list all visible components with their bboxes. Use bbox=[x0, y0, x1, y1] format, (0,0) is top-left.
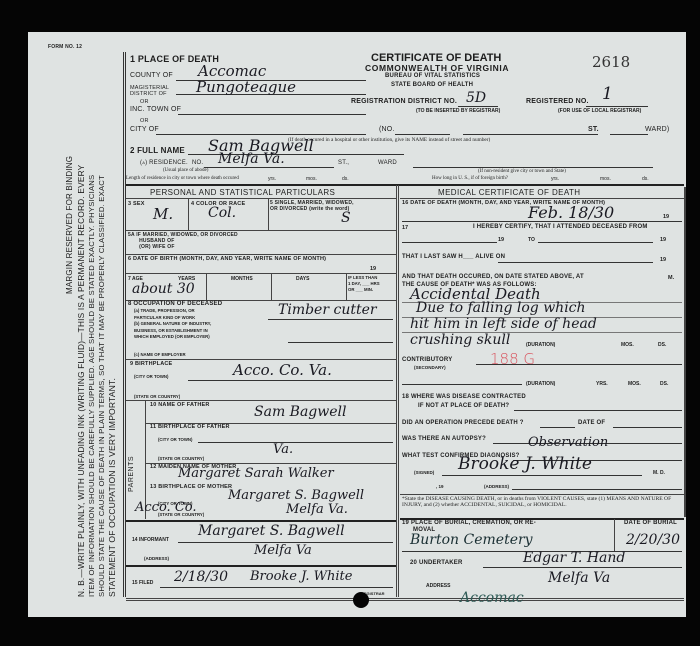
burial-place-value: Burton Cemetery bbox=[410, 532, 533, 548]
registered-no-label: REGISTERED NO. bbox=[526, 98, 589, 105]
cause-line-2: Due to falling log which bbox=[416, 300, 586, 316]
mother-birthplace-extra-2: Melfa Va. bbox=[286, 502, 348, 517]
foreign-birth-label: How long in U. S., if of foreign birth? bbox=[432, 176, 508, 181]
duration-label: (DURATION) bbox=[526, 342, 555, 348]
residence-ward-label: WARD bbox=[378, 160, 397, 166]
undertaker-value: Edgar T. Hand bbox=[523, 550, 625, 566]
date-of-death-value: Feb. 18/30 bbox=[528, 203, 614, 222]
year-prefix: , 19 bbox=[436, 484, 444, 489]
occupation-sublabels: (a) TRADE, PROFESSION, ORPARTICULAR KIND… bbox=[134, 308, 211, 341]
age-value: about 30 bbox=[132, 281, 195, 297]
mother-birthplace-extra-1: Margaret S. Bagwell bbox=[228, 488, 364, 503]
year-prefix: 19 bbox=[660, 237, 666, 243]
binding-hole bbox=[353, 592, 369, 608]
full-name-label: 2 FULL NAME bbox=[130, 146, 185, 155]
mother-name-value: Margaret Sarah Walker bbox=[178, 466, 334, 481]
m-label: M. bbox=[668, 275, 674, 281]
county-label: COUNTY OF bbox=[130, 72, 173, 79]
town-label: INC. TOWN OF bbox=[130, 106, 181, 113]
residence-st-label: ST., bbox=[338, 160, 349, 166]
form-left-border bbox=[123, 52, 126, 597]
year-prefix: 19 bbox=[498, 237, 504, 243]
length-residence-label: Length of residence in city or town wher… bbox=[126, 176, 239, 181]
burial-place-label: 19 PLACE OF BURIAL, CREMATION, OR RE- bbox=[402, 520, 536, 526]
commonwealth-title: COMMONWEALTH OF VIRGINIA bbox=[365, 63, 509, 73]
margin-instruction-line3: SHOULD STATE THE CAUSE OF DEATH IN PLAIN… bbox=[97, 175, 106, 597]
city-label: CITY OF bbox=[130, 126, 159, 133]
contributory-label: CONTRIBUTORY bbox=[402, 357, 452, 363]
form-number: FORM NO. 12 bbox=[48, 44, 82, 50]
district-label: MAGISTERIALDISTRICT OF bbox=[130, 85, 169, 97]
district-value: Pungoteague bbox=[196, 78, 296, 96]
burial-date-label: DATE OF BURIAL bbox=[624, 520, 677, 526]
death-certificate: FORM NO. 12 MARGIN RESERVED FOR BINDING … bbox=[28, 32, 686, 617]
occupation-value: Timber cutter bbox=[278, 302, 377, 318]
year-prefix: 19 bbox=[660, 257, 666, 263]
father-name-label: 10 NAME OF FATHER bbox=[150, 402, 210, 408]
ds-label: ds. bbox=[642, 176, 649, 182]
cause-footnote: *State the DISEASE CAUSING DEATH, or in … bbox=[402, 496, 678, 509]
operation-date-label: DATE OF bbox=[578, 420, 605, 426]
birthplace-value: Acco. Co. Va. bbox=[233, 361, 332, 379]
less-than-day-label: IF LESS THAN1 DAY, ___ HRSOR ___ MIN. bbox=[348, 275, 380, 293]
board-name: STATE BOARD OF HEALTH bbox=[391, 82, 473, 88]
certify-number: 17 bbox=[402, 225, 408, 231]
certify-label: I HEREBY CERTIFY, THAT I ATTENDED DECEAS… bbox=[473, 224, 648, 230]
informant-address-label: (ADDRESS) bbox=[144, 556, 169, 561]
undertaker-address-label: ADDRESS bbox=[426, 583, 450, 589]
where-contracted-label: 18 WHERE WAS DISEASE CONTRACTED bbox=[402, 394, 526, 400]
yrs-label: yrs. bbox=[551, 176, 559, 182]
or-text: OR bbox=[140, 99, 149, 105]
margin-instruction-line1: N. B.—WRITE PLAINLY, WITH UNFADING INK (… bbox=[76, 165, 86, 597]
last-saw-label: THAT I LAST SAW H___ ALIVE ON bbox=[402, 254, 505, 260]
county-stamp: Accomac bbox=[460, 590, 524, 606]
days-label: DAYS bbox=[296, 276, 309, 282]
informant-label: 14 INFORMANT bbox=[132, 537, 169, 543]
section-divider bbox=[126, 184, 684, 186]
hospital-note: (If death occured in a hospital or other… bbox=[288, 137, 490, 143]
form-bottom-border bbox=[126, 598, 684, 601]
informant-address-value: Melfa Va bbox=[254, 543, 312, 558]
st-label: ST. bbox=[588, 126, 599, 133]
residence-label: (a) RESIDENCE. bbox=[140, 160, 188, 166]
form-right-border bbox=[684, 187, 686, 517]
birthplace-city-label: (CITY OR TOWN) bbox=[134, 374, 168, 379]
signed-label: (SIGNED) bbox=[414, 470, 434, 475]
dob-label: 6 DATE OF BIRTH (MONTH, DAY, AND YEAR, W… bbox=[128, 256, 326, 262]
dob-year-prefix: 19 bbox=[370, 266, 376, 272]
operation-label: DID AN OPERATION PRECEDE DEATH ? bbox=[402, 420, 524, 426]
mos-label: MOS. bbox=[621, 342, 634, 348]
father-birthplace-label: 11 BIRTHPLACE OF FATHER bbox=[150, 424, 230, 430]
mos-label: MOS. bbox=[628, 381, 641, 387]
nonresident-note: (If non-resident give city or town and S… bbox=[478, 169, 566, 174]
registration-district-label: REGISTRATION DISTRICT NO. bbox=[351, 98, 457, 105]
father-bp-state-label: (STATE OR COUNTRY) bbox=[158, 456, 204, 461]
margin-reserved-note: MARGIN RESERVED FOR BINDING bbox=[65, 156, 74, 294]
mos-label: mos. bbox=[306, 176, 317, 182]
autopsy-label: WAS THERE AN AUTOPSY? bbox=[402, 436, 486, 442]
undertaker-address-value: Melfa Va bbox=[548, 570, 610, 586]
year-prefix: 19 bbox=[663, 214, 669, 220]
occupation-label: 8 OCCUPATION OF DECEASED bbox=[128, 301, 222, 307]
employer-label: (c) NAME OF EMPLOYER bbox=[134, 352, 186, 357]
yrs-label: YRS. bbox=[596, 381, 608, 387]
physician-signature: Brooke J. White bbox=[458, 454, 592, 474]
registration-district-value: 5D bbox=[466, 90, 486, 106]
mother-birthplace-label: 13 BIRTHPLACE OF MOTHER bbox=[150, 484, 232, 490]
cause-line-4: crushing skull bbox=[410, 332, 510, 348]
md-label: M. D. bbox=[653, 470, 665, 476]
ds-label: DS. bbox=[660, 381, 668, 387]
father-name-value: Sam Bagwell bbox=[254, 404, 346, 420]
where-contracted-label-2: IF NOT AT PLACE OF DEATH? bbox=[418, 403, 509, 409]
race-value: Col. bbox=[208, 205, 236, 221]
medical-header: MEDICAL CERTIFICATE OF DEATH bbox=[438, 188, 580, 197]
filed-date: 2/18/30 bbox=[174, 569, 228, 585]
sex-label: 3 SEX bbox=[128, 201, 145, 207]
residence-value: Melfa Va. bbox=[218, 151, 285, 167]
filed-label: 15 FILED bbox=[132, 580, 153, 586]
street-no-label: (NO. bbox=[379, 126, 395, 133]
to-label: TO bbox=[528, 237, 535, 243]
or-text: OR bbox=[140, 118, 149, 124]
column-divider bbox=[396, 185, 399, 597]
months-label: MONTHS bbox=[231, 276, 253, 282]
birthplace-state-label: (STATE OR COUNTRY) bbox=[134, 394, 180, 399]
sex-value: M. bbox=[153, 205, 173, 223]
cause-line-3: hit him in left side of head bbox=[410, 316, 597, 332]
filed-registrar-signature: Brooke J. White bbox=[250, 569, 352, 584]
residence-no-label: NO. bbox=[192, 160, 203, 166]
mother-bp-state-label: (STATE OR COUNTRY) bbox=[158, 512, 204, 517]
father-birthplace-value: Va. bbox=[273, 442, 293, 457]
informant-value: Margaret S. Bagwell bbox=[198, 523, 345, 539]
registration-district-note: (TO BE INSERTED BY REGISTRAR) bbox=[416, 108, 500, 114]
red-code: 188 G bbox=[490, 350, 535, 368]
spouse-label: 5A IF MARRIED, WIDOWED, OR DIVORCED HUSB… bbox=[128, 232, 238, 250]
duration-label: (DURATION) bbox=[526, 381, 555, 387]
ds-label: DS. bbox=[658, 342, 666, 348]
ward-label: WARD) bbox=[645, 126, 669, 133]
burial-date-value: 2/20/30 bbox=[626, 532, 680, 548]
margin-instruction-line4: STATEMENT OF OCCUPATION IS VERY IMPORTAN… bbox=[107, 378, 117, 597]
undertaker-label: 20 UNDERTAKER bbox=[410, 560, 463, 566]
yrs-label: yrs. bbox=[268, 176, 276, 182]
parents-label: PARENTS bbox=[128, 456, 135, 492]
secondary-label: (SECONDARY) bbox=[414, 365, 446, 370]
physician-address-label: (ADDRESS) bbox=[484, 484, 509, 489]
abode-note: (Usual place of abode) bbox=[163, 168, 208, 173]
test-value: Observation bbox=[528, 435, 608, 450]
bureau-name: BUREAU OF VITAL STATISTICS bbox=[385, 73, 480, 79]
father-bp-city-label: (CITY OR TOWN) bbox=[158, 437, 192, 442]
registered-no-value: 1 bbox=[602, 84, 613, 104]
personal-header: PERSONAL AND STATISTICAL PARTICULARS bbox=[150, 188, 335, 197]
margin-instruction-line2: ITEM OF INFORMATION SHOULD BE CAREFULLY … bbox=[87, 175, 96, 597]
death-occurred-label: AND THAT DEATH OCCURED, ON DATE STATED A… bbox=[402, 274, 584, 280]
certificate-number: 2618 bbox=[592, 53, 630, 71]
marital-value: S bbox=[341, 210, 351, 226]
mos-label: mos. bbox=[600, 176, 611, 182]
registered-no-note: (FOR USE OF LOCAL REGISTRAR) bbox=[558, 108, 641, 114]
ds-label: ds. bbox=[342, 176, 349, 182]
birthplace-label: 9 BIRTHPLACE bbox=[130, 361, 172, 367]
